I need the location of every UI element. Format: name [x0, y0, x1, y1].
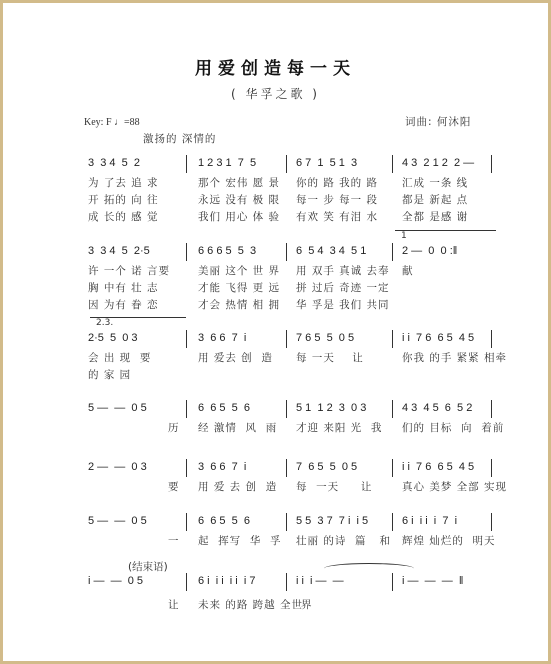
bar-line: [392, 330, 393, 348]
lyric-line: 许 一个 诺 言要 美丽 这个 世 界 用 双手 真诚 去奉 献: [86, 263, 496, 280]
bar-line: [286, 513, 287, 531]
bar-line: [392, 573, 393, 591]
lyric: 真心 美梦 全部 实现: [402, 479, 507, 494]
system-3: 2.3. 2·5 5 0 3 3 6 6 7 i 7 6 5 5 0 5 i i…: [86, 330, 496, 384]
measure-notes: 6 i i i i i i 7: [198, 575, 255, 587]
bar-line: [392, 513, 393, 531]
measure-notes: 3 3 4 5 2·5: [88, 245, 150, 257]
measure-notes: 6 5 4 3 4 5 1: [296, 245, 366, 257]
song-title: 用爱创造每一天: [0, 54, 551, 79]
lyric: 让: [168, 597, 180, 612]
lyric: 拼 过后 奇迹 一定: [296, 280, 390, 295]
lyric: 献: [402, 263, 414, 278]
lyric: 开 拓的 向 往: [88, 192, 159, 207]
measure-notes: i i 7 6 6 5 4 5: [402, 332, 474, 344]
bar-line: [392, 400, 393, 418]
lyric-line: 为 了去 追 求 那个 宏伟 愿 景 你的 路 我的 路 汇成 一条 线: [86, 175, 496, 192]
bar-line: [186, 330, 187, 348]
system-2: 1 3 3 4 5 2·5 6 6 6 5 5 3 6 5 4 3 4 5 1 …: [86, 243, 496, 314]
measure-notes: 2 — — 0 3: [88, 461, 147, 473]
lyric: 用 爱 去 创 造: [198, 479, 277, 494]
lyric-line: 开 拓的 向 往 永远 没有 极 限 每一 步 每一 段 都是 新起 点: [86, 192, 496, 209]
lyric: 用 爱去 创 造: [198, 350, 273, 365]
lyric: 全都 是感 谢: [402, 209, 468, 224]
lyric: 才能 飞得 更 远: [198, 280, 280, 295]
measure-notes: 7 6 5 5 0 5: [296, 332, 354, 344]
measure-notes: i — — — ‖: [402, 575, 463, 587]
measure-notes: 5 1 1 2 3 0 3: [296, 402, 366, 414]
measure-notes: 7 6 5 5 0 5: [296, 461, 357, 473]
lyric: 许 一个 诺 言要: [88, 263, 170, 278]
lyric: 胸 中有 壮 志: [88, 280, 159, 295]
lyric: 每 一天 让: [296, 350, 364, 365]
lyric-line: 胸 中有 壮 志 才能 飞得 更 远 拼 过后 奇迹 一定: [86, 280, 496, 297]
measure-notes: i i i — —: [296, 575, 344, 587]
bar-line: [286, 330, 287, 348]
system-4: 5 — — 0 5 6 6 5 5 6 5 1 1 2 3 0 3 4 3 4 …: [86, 400, 496, 437]
lyric: 才迎 来阳 光 我: [296, 420, 382, 435]
system-6: 5 — — 0 5 6 6 5 5 6 5 5 3 7 7 i i 5 6 i …: [86, 513, 496, 550]
lyric: 永远 没有 极 限: [198, 192, 280, 207]
bar-line: [286, 243, 287, 261]
lyric: 起 挥写 华 孚: [198, 533, 282, 548]
lyric: 你我 的手 紧紧 相牵: [402, 350, 507, 365]
measure-notes: 5 — — 0 5: [88, 515, 147, 527]
notes-row: 3 3 4 5 2·5 6 6 6 5 5 3 6 5 4 3 4 5 1 2 …: [86, 243, 496, 263]
lyric: 美丽 这个 世 界: [198, 263, 280, 278]
measure-notes: 4 3 2 1 2 2 —: [402, 157, 474, 169]
measure-notes: 4 3 4 5 6 5 2: [402, 402, 472, 414]
lyric-line: 一 起 挥写 华 孚 壮丽 的诗 篇 和 辉煌 灿烂的 明天: [86, 533, 496, 550]
notes-row: i — — 0 5 6 i i i i i i 7 i i i — — i — …: [86, 573, 496, 593]
lyric: 历: [168, 420, 180, 435]
bar-line: [392, 243, 393, 261]
measure-notes: 3 6 6 7 i: [198, 461, 246, 473]
lyric-line: 成 长的 感 觉 我们 用心 体 验 有欢 笑 有泪 水 全都 是感 谢: [86, 209, 496, 226]
notes-row: 3 3 4 5 2 1 2 3 1 7 5 6 7 1 5 1 3 4 3 2 …: [86, 155, 496, 175]
bar-line: [491, 400, 492, 418]
measure-notes: 6 6 5 5 6: [198, 515, 250, 527]
notes-row: 2·5 5 0 3 3 6 6 7 i 7 6 5 5 0 5 i i 7 6 …: [86, 330, 496, 350]
lyric: 未来 的路 跨越 全世: [198, 597, 303, 612]
measure-notes: i i 7 6 6 5 4 5: [402, 461, 474, 473]
system-5: 2 — — 0 3 3 6 6 7 i 7 6 5 5 0 5 i i 7 6 …: [86, 459, 496, 496]
measure-notes: 3 6 6 7 i: [198, 332, 246, 344]
expression-marking: 激扬的 深情的: [143, 131, 216, 146]
lyric: 经 激情 风 雨: [198, 420, 277, 435]
notes-row: 5 — — 0 5 6 6 5 5 6 5 5 3 7 7 i i 5 6 i …: [86, 513, 496, 533]
bar-line: [491, 459, 492, 477]
lyric: 们的 目标 向 着前: [402, 420, 504, 435]
lyric: 会 出 现 要: [88, 350, 151, 365]
lyric-line: 因 为有 眷 恋 才会 热情 相 拥 华 孚是 我们 共同: [86, 297, 496, 314]
lyric: 我们 用心 体 验: [198, 209, 280, 224]
bar-line: [286, 459, 287, 477]
notes-row: 5 — — 0 5 6 6 5 5 6 5 1 1 2 3 0 3 4 3 4 …: [86, 400, 496, 420]
measure-notes: 6 i i i i 7 i: [402, 515, 457, 527]
lyric: 界: [301, 597, 313, 612]
bar-line: [186, 513, 187, 531]
bar-line: [186, 573, 187, 591]
key-tempo: Key: F ♩=88: [84, 117, 140, 128]
lyric: 一: [168, 533, 180, 548]
measure-notes: 3 3 4 5 2: [88, 157, 140, 169]
lyric: 因 为有 眷 恋: [88, 297, 159, 312]
bar-line: [186, 155, 187, 173]
bar-line: [186, 400, 187, 418]
system-1: 3 3 4 5 2 1 2 3 1 7 5 6 7 1 5 1 3 4 3 2 …: [86, 155, 496, 226]
lyric: 华 孚是 我们 共同: [296, 297, 390, 312]
song-subtitle: ( 华孚之歌 ): [0, 85, 551, 102]
measure-notes: 1 2 3 1 7 5: [198, 157, 256, 169]
lyric: 你的 路 我的 路: [296, 175, 378, 190]
lyric: 成 长的 感 觉: [88, 209, 159, 224]
lyric: 要: [168, 479, 180, 494]
bar-line: [491, 330, 492, 348]
lyric: 那个 宏伟 愿 景: [198, 175, 280, 190]
bar-line: [392, 459, 393, 477]
measure-notes: 2·5 5 0 3: [88, 332, 138, 344]
lyric: 用 双手 真诚 去奉: [296, 263, 390, 278]
lyric-line: 会 出 现 要 用 爱去 创 造 每 一天 让 你我 的手 紧紧 相牵: [86, 350, 496, 367]
lyric: 汇成 一条 线: [402, 175, 468, 190]
lyric: 每一 步 每一 段: [296, 192, 378, 207]
measure-notes: 6 6 5 5 6: [198, 402, 250, 414]
bar-line: [186, 243, 187, 261]
ending-label: (结束语): [128, 559, 168, 574]
lyric: 都是 新起 点: [402, 192, 468, 207]
measure-notes: 5 5 3 7 7 i i 5: [296, 515, 368, 527]
bar-line: [186, 459, 187, 477]
lyric-line: 要 用 爱 去 创 造 每 一天 让 真心 美梦 全部 实现: [86, 479, 496, 496]
bar-line: [491, 155, 492, 173]
volta-bracket: 1: [395, 230, 496, 241]
measure-notes: 6 6 6 5 5 3: [198, 245, 256, 257]
bar-line: [286, 400, 287, 418]
lyric: 壮丽 的诗 篇 和: [296, 533, 391, 548]
lyric: 辉煌 灿烂的 明天: [402, 533, 496, 548]
lyric: 每 一天 让: [296, 479, 372, 494]
notes-row: 2 — — 0 3 3 6 6 7 i 7 6 5 5 0 5 i i 7 6 …: [86, 459, 496, 479]
lyric: 的 家 园: [88, 367, 131, 382]
measure-notes: 5 — — 0 5: [88, 402, 147, 414]
lyric: 才会 热情 相 拥: [198, 297, 280, 312]
measure-notes: 2 — 0 0 :‖: [402, 245, 457, 257]
lyric-line: 的 家 园: [86, 367, 496, 384]
lyric: 为 了去 追 求: [88, 175, 159, 190]
volta-bracket: 2.3.: [90, 317, 186, 328]
measure-notes: 6 7 1 5 1 3: [296, 157, 357, 169]
lyric-line: 让 未来 的路 跨越 全世 界: [86, 597, 496, 614]
bar-line: [491, 513, 492, 531]
composer-credit: 词曲: 何沐阳: [405, 114, 471, 129]
bar-line: [392, 155, 393, 173]
bar-line: [286, 573, 287, 591]
bar-line: [286, 155, 287, 173]
lyric: 有欢 笑 有泪 水: [296, 209, 378, 224]
measure-notes: i — — 0 5: [88, 575, 143, 587]
system-7: i — — 0 5 6 i i i i i i 7 i i i — — i — …: [86, 573, 496, 614]
lyric-line: 历 经 激情 风 雨 才迎 来阳 光 我 们的 目标 向 着前: [86, 420, 496, 437]
